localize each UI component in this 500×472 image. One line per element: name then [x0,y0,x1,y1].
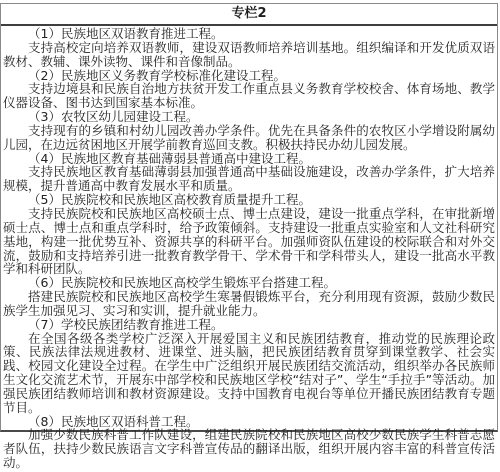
item-heading: （4）民族地区教育基础薄弱县普通高中建设工程。 [3,152,495,166]
item-body: 支持民族院校和民族地区高校硕士点、博士点建设，建设一批重点学科，在审批新增硕士点… [3,207,495,276]
item-body: 支持现有的乡镇和村幼儿园改善办学条件。优先在具备条件的农牧区小学增设附属幼儿园，… [3,124,495,152]
item-heading: （7）学校民族团结教育推进工程。 [3,318,495,332]
panel-item-7: （7）学校民族团结教育推进工程。 在全国各级各类学校广泛深入开展爱国主义和民族团… [3,318,495,415]
panel-title: 专栏2 [1,4,497,26]
panel-item-4: （4）民族地区教育基础薄弱县普通高中建设工程。 支持民族地区教育基础薄弱县加强普… [3,152,495,194]
panel-item-5: （5）民族院校和民族地区高校教育质量提升工程。 支持民族院校和民族地区高校硕士点… [3,193,495,276]
panel-body: （1）民族地区双语教育推进工程。 支持高校定向培养双语教师，建设双语教师培养培训… [1,26,497,438]
panel-item-6: （6）民族院校和民族地区高校学生锻炼平台搭建工程。 搭建民族院校和民族地区高校学… [3,276,495,318]
column-panel: 专栏2 （1）民族地区双语教育推进工程。 支持高校定向培养双语教师，建设双语教师… [0,3,498,432]
panel-item-3: （3）农牧区幼儿园建设工程。 支持现有的乡镇和村幼儿园改善办学条件。优先在具备条… [3,110,495,152]
item-heading: （6）民族院校和民族地区高校学生锻炼平台搭建工程。 [3,276,495,290]
item-body: 支持边境县和民族自治地方扶贫开发工作重点县义务教育学校校舍、体育场地、教学仪器设… [3,82,495,110]
item-body: 加强少数民族科普工作队建设，组建民族院校和民族地区高校少数民族学生科普志愿者队伍… [3,428,495,438]
item-heading: （2）民族地区义务教育学校标准化建设工程。 [3,69,495,83]
item-body: 支持高校定向培养双语教师，建设双语教师培养培训基地。组织编译和开发优质双语教材、… [3,41,495,69]
item-heading: （5）民族院校和民族地区高校教育质量提升工程。 [3,193,495,207]
item-heading: （3）农牧区幼儿园建设工程。 [3,110,495,124]
item-body: 在全国各级各类学校广泛深入开展爱国主义和民族团结教育，推动党的民族理论政策、民族… [3,332,495,415]
panel-item-8: （8）民族地区双语科普工程。 加强少数民族科普工作队建设，组建民族院校和民族地区… [3,415,495,438]
panel-item-2: （2）民族地区义务教育学校标准化建设工程。 支持边境县和民族自治地方扶贫开发工作… [3,69,495,111]
item-heading: （1）民族地区双语教育推进工程。 [3,27,495,41]
panel-item-1: （1）民族地区双语教育推进工程。 支持高校定向培养双语教师，建设双语教师培养培训… [3,27,495,69]
item-body: 搭建民族院校和民族地区高校学生寒暑假锻炼平台，充分利用现有资源，鼓励少数民族学生… [3,290,495,318]
item-heading: （8）民族地区双语科普工程。 [3,415,495,429]
item-body: 支持民族地区教育基础薄弱县加强普通高中基础设施建设，改善办学条件，扩大培养规模，… [3,165,495,193]
